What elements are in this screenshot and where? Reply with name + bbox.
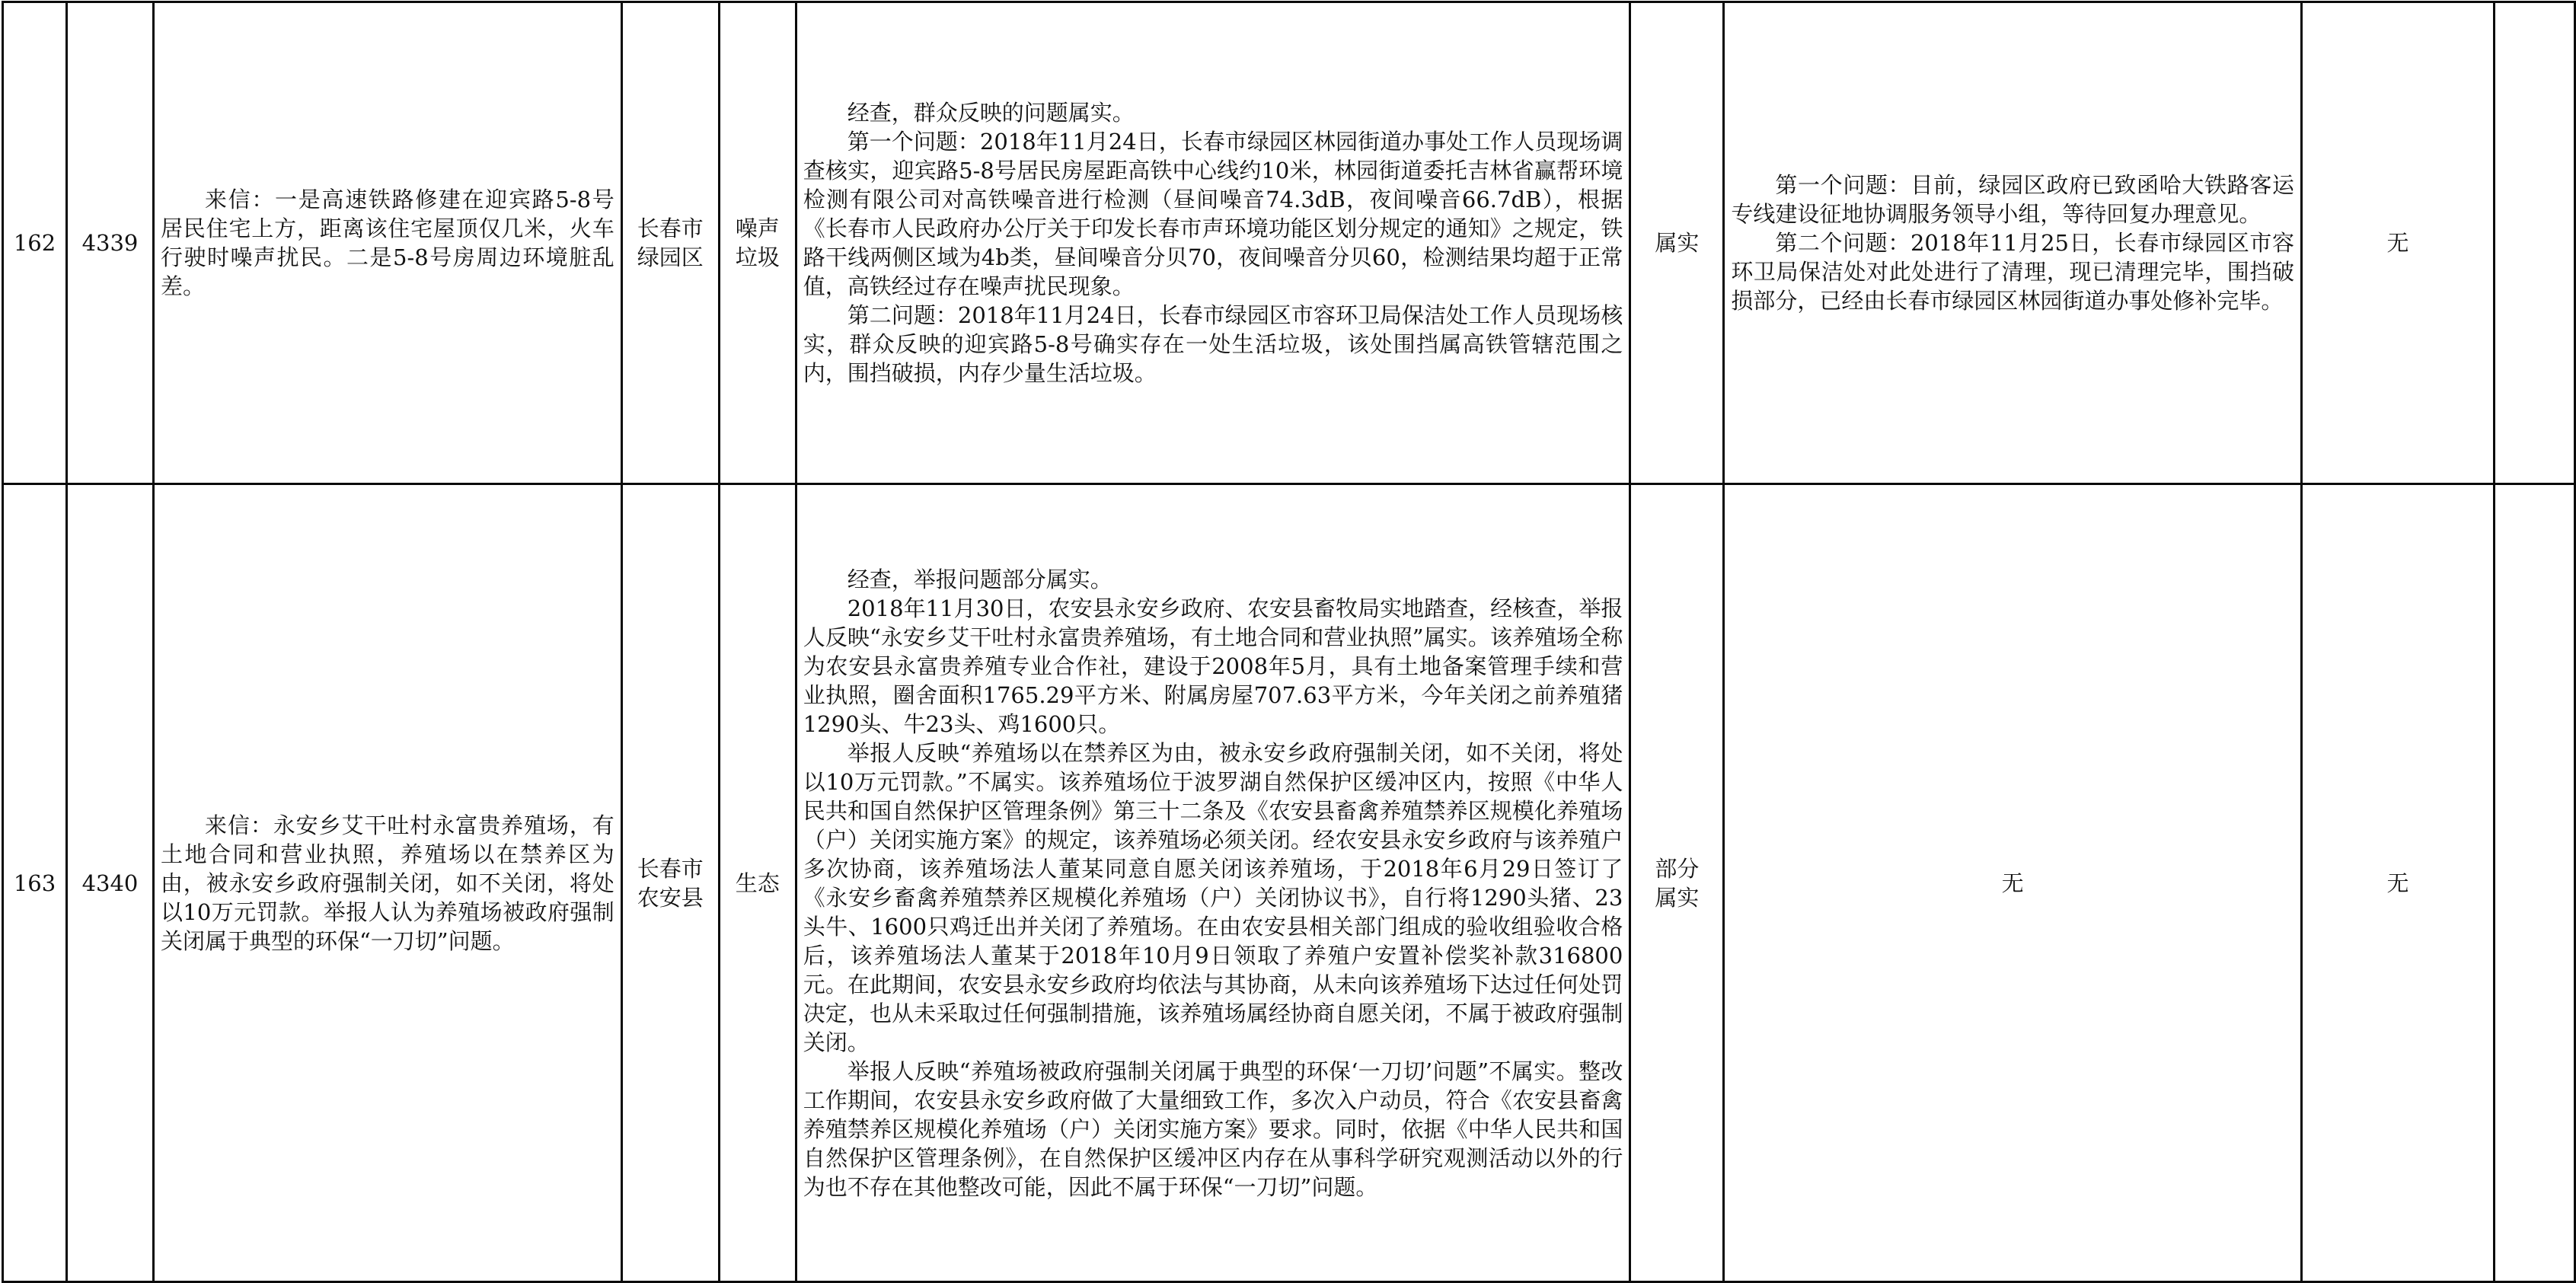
verdict-cell: 属实 xyxy=(1630,2,1724,484)
investigation-cell: 经查，举报问题部分属实。 2018年11月30日，农安县永安乡政府、农安县畜牧局… xyxy=(796,484,1630,1282)
row-number-cell: 163 xyxy=(3,484,67,1282)
investigation-paragraph: 举报人反映“养殖场以在禁养区为由，被永安乡政府强制关闭，如不关闭，将处以10万元… xyxy=(803,739,1623,1057)
complaint-content-cell: 来信：一是高速铁路修建在迎宾路5-8号居民住宅上方，距离该住宅屋顶仅几米，火车行… xyxy=(153,2,621,484)
verdict-cell: 部分属实 xyxy=(1630,484,1724,1282)
investigation-paragraph: 经查，群众反映的问题属实。 xyxy=(803,98,1623,127)
pollution-type-text: 噪声垃圾 xyxy=(736,214,780,272)
remark-cell xyxy=(2494,484,2574,1282)
table-row: 162 4339 来信：一是高速铁路修建在迎宾路5-8号居民住宅上方，距离该住宅… xyxy=(3,2,2575,484)
investigation-cell: 经查，群众反映的问题属实。 第一个问题：2018年11月24日，长春市绿园区林园… xyxy=(796,2,1630,484)
pollution-type-text: 生态 xyxy=(736,869,780,898)
investigation-paragraph: 经查，举报问题部分属实。 xyxy=(803,565,1623,594)
accountability-cell: 无 xyxy=(2302,484,2495,1282)
verdict-text: 属实 xyxy=(1655,228,1699,257)
pollution-type-cell: 噪声垃圾 xyxy=(719,2,796,484)
row-number-cell: 162 xyxy=(3,2,67,484)
rectification-cell: 无 xyxy=(1724,484,2302,1282)
complaint-text: 来信：一是高速铁路修建在迎宾路5-8号居民住宅上方，距离该住宅屋顶仅几米，火车行… xyxy=(161,185,614,301)
investigation-paragraph: 举报人反映“养殖场被政府强制关闭属于典型的环保‘一刀切’问题”不属实。整改工作期… xyxy=(803,1057,1623,1202)
investigation-paragraph: 第一个问题：2018年11月24日，长春市绿园区林园街道办事处工作人员现场调查核… xyxy=(803,127,1623,301)
verdict-text: 部分属实 xyxy=(1655,854,1699,912)
complaint-content-cell: 来信：永安乡艾干吐村永富贵养殖场，有土地合同和营业执照，养殖场以在禁养区为由，被… xyxy=(153,484,621,1282)
rectification-cell: 第一个问题：目前，绿园区政府已致函哈大铁路客运专线建设征地协调服务领导小组，等待… xyxy=(1724,2,2302,484)
rectification-paragraph: 第二个问题：2018年11月25日，长春市绿园区市容环卫局保洁处对此处进行了清理… xyxy=(1731,228,2294,315)
investigation-paragraph: 第二问题：2018年11月24日，长春市绿园区市容环卫局保洁处工作人员现场核实，… xyxy=(803,301,1623,388)
remark-cell xyxy=(2494,2,2574,484)
table-row: 163 4340 来信：永安乡艾干吐村永富贵养殖场，有土地合同和营业执照，养殖场… xyxy=(3,484,2575,1282)
case-id-cell: 4339 xyxy=(66,2,153,484)
complaint-text: 来信：永安乡艾干吐村永富贵养殖场，有土地合同和营业执照，养殖场以在禁养区为由，被… xyxy=(161,811,614,956)
accountability-cell: 无 xyxy=(2302,2,2495,484)
region-text: 长春市农安县 xyxy=(637,854,704,912)
pollution-type-cell: 生态 xyxy=(719,484,796,1282)
region-cell: 长春市绿园区 xyxy=(621,2,719,484)
rectification-paragraph: 第一个问题：目前，绿园区政府已致函哈大铁路客运专线建设征地协调服务领导小组，等待… xyxy=(1731,171,2294,228)
region-cell: 长春市农安县 xyxy=(621,484,719,1282)
complaint-table: 162 4339 来信：一是高速铁路修建在迎宾路5-8号居民住宅上方，距离该住宅… xyxy=(2,1,2576,1283)
investigation-paragraph: 2018年11月30日，农安县永安乡政府、农安县畜牧局实地踏查，经核查，举报人反… xyxy=(803,594,1623,739)
region-text: 长春市绿园区 xyxy=(637,214,704,272)
case-id-cell: 4340 xyxy=(66,484,153,1282)
